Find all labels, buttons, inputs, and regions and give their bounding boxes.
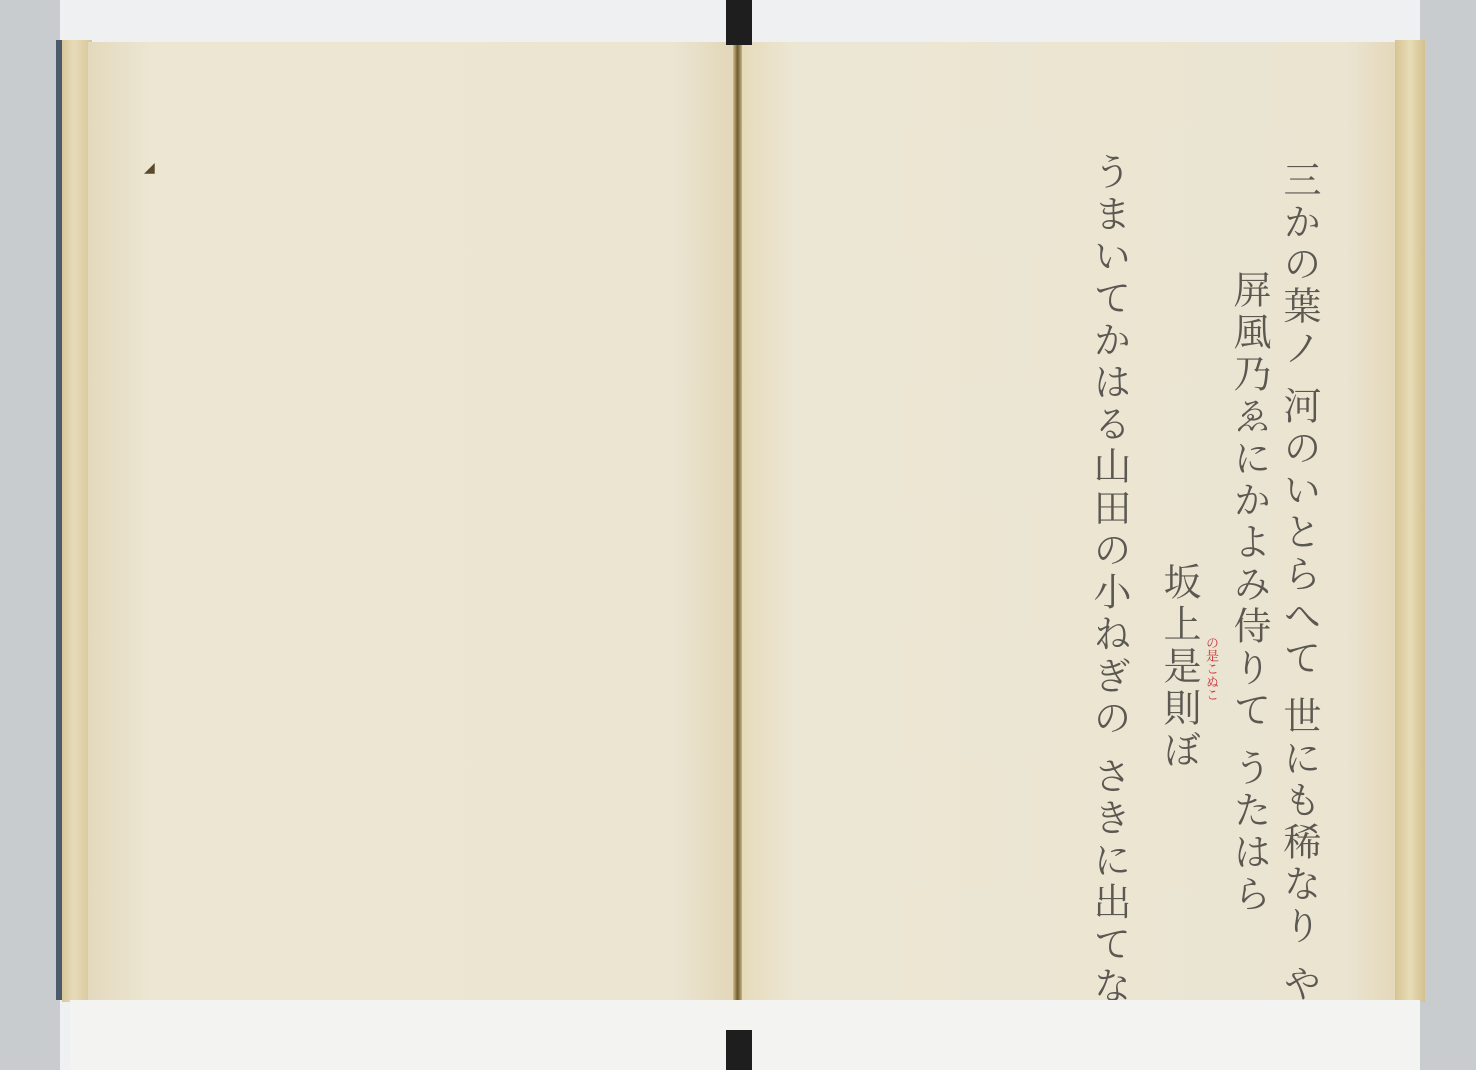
- red-annotation: の是こぬこ: [1204, 636, 1217, 701]
- top-clip: [726, 0, 752, 45]
- text-column-2: 屏風乃ゑにかよみ侍りて うたはら: [1230, 270, 1268, 690]
- left-page: ◢: [88, 42, 736, 1000]
- right-page: 三かの葉ノ 河のいとらへて 世にも稀なり やどの川はなれ 屏風乃ゑにかよみ侍りて…: [742, 42, 1397, 1000]
- text-column-3: 坂上是則ぼ: [1160, 562, 1198, 822]
- bottom-clip: [726, 1030, 752, 1070]
- paper-spot: ◢: [144, 160, 155, 176]
- text-column-1: 三かの葉ノ 河のいとらへて 世にも稀なり やどの川はなれ: [1280, 160, 1318, 780]
- text-column-4: うまいてかはる山田の小ねぎの さきに出てなきいかわれ 枯れかなれ: [1090, 152, 1128, 982]
- page-block-right: [1395, 40, 1425, 1002]
